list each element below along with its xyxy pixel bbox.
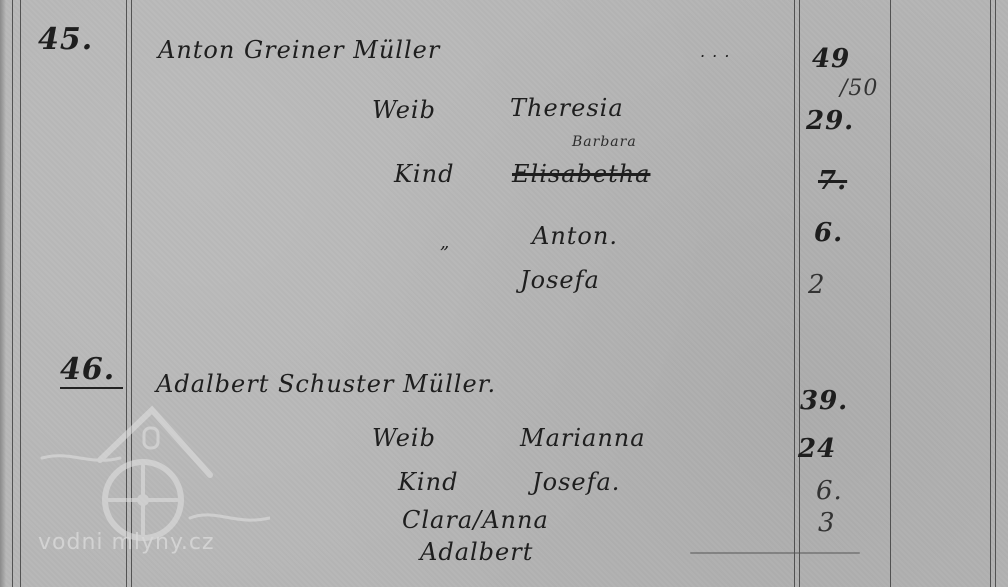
person-name-struck: Elisabetha <box>512 160 650 188</box>
age-value: 3 <box>818 508 836 538</box>
age-value: 39. <box>800 386 848 416</box>
column-rule <box>799 0 800 587</box>
ditto-mark: „ <box>440 232 450 253</box>
column-rule <box>126 0 127 587</box>
age-value: 49 <box>812 44 850 74</box>
column-rule <box>890 0 891 587</box>
person-name: Josefa. <box>532 468 620 496</box>
person-name: Theresia <box>510 94 624 122</box>
person-name: Adalbert <box>420 538 533 566</box>
age-value-struck: 7. <box>818 166 847 196</box>
age-value: 29. <box>806 106 854 136</box>
age-value: 6. <box>816 476 843 506</box>
role-label: Kind <box>394 160 454 188</box>
person-name: Josefa <box>520 266 600 294</box>
entry-number: 46. <box>60 352 123 389</box>
name-correction: Barbara <box>572 134 637 150</box>
column-rule <box>20 0 21 587</box>
role-label: Weib <box>372 96 436 124</box>
person-name: Adalbert Schuster Müller. <box>156 370 496 398</box>
watermark-text: vodni mlyny.cz <box>38 530 215 555</box>
leader-dots: . . . <box>700 42 730 61</box>
closing-flourish <box>690 552 860 554</box>
column-rule <box>131 0 132 587</box>
age-value: 2 <box>808 270 826 300</box>
entry-number: 45. <box>38 22 93 57</box>
role-label: Kind <box>398 468 458 496</box>
column-rule <box>995 0 996 587</box>
person-name: Clara/Anna <box>402 506 549 534</box>
person-name: Marianna <box>520 424 646 452</box>
age-value: 24 <box>798 434 836 464</box>
person-name: Anton Greiner Müller <box>158 36 440 64</box>
column-rule <box>794 0 795 587</box>
person-name: Anton. <box>532 222 618 250</box>
age-value: 6. <box>814 218 843 248</box>
column-rule <box>12 0 13 587</box>
page-edge-shadow <box>0 0 6 587</box>
age-correction: /50 <box>840 76 878 101</box>
role-label: Weib <box>372 424 436 452</box>
column-rule <box>990 0 991 587</box>
register-page: 45. Anton Greiner Müller . . . 49 /50 We… <box>0 0 1008 587</box>
